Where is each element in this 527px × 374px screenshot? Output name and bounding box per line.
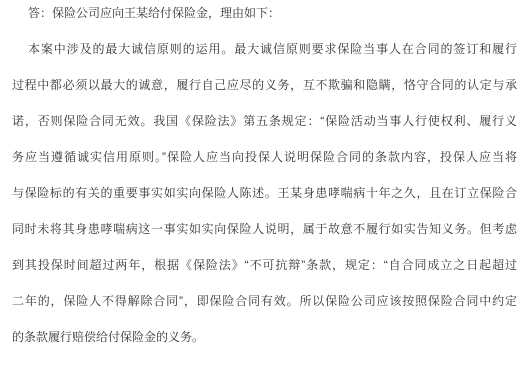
answer-body-line-3: 诺，否则保险合同无效。我国《保险法》第五条规定：“保险活动当事人行使权利、履行义: [12, 103, 517, 139]
answer-closing-line: 的条款履行赔偿给付保险金的义务。: [12, 319, 517, 355]
answer-body-line-7: 到其投保时间超过两年，根据《保险法》“不可抗辩”条款，规定：“自合同成立之日起超…: [12, 247, 517, 283]
answer-body-line-6: 同时未将其身患哮喘病这一事实如实向保险人说明，属于故意不履行如实告知义务。但考虑: [12, 211, 517, 247]
answer-body-line-2: 过程中都必须以最大的诚意，履行自己应尽的义务，互不欺骗和隐瞒，恪守合同的认定与承: [12, 67, 517, 103]
answer-body-line-8: 二年的，保险人不得解除合同”，即保险合同有效。所以保险公司应该按照保险合同中约定: [12, 283, 517, 319]
answer-document: 答：保险公司应向王某给付保险金，理由如下： 本案中涉及的最大诚信原则的运用。最大…: [0, 0, 527, 355]
answer-body-line-4: 务应当遵循诚实信用原则。”保险人应当向投保人说明保险合同的条款内容，投保人应当将: [12, 139, 517, 175]
answer-intro-line: 答：保险公司应向王某给付保险金，理由如下：: [12, 0, 517, 31]
answer-body-line-1: 本案中涉及的最大诚信原则的运用。最大诚信原则要求保险当事人在合同的签订和履行: [12, 31, 517, 67]
answer-body-line-5: 与保险标的有关的重要事实如实向保险人陈述。王某身患哮喘病十年之久，且在订立保险合: [12, 175, 517, 211]
